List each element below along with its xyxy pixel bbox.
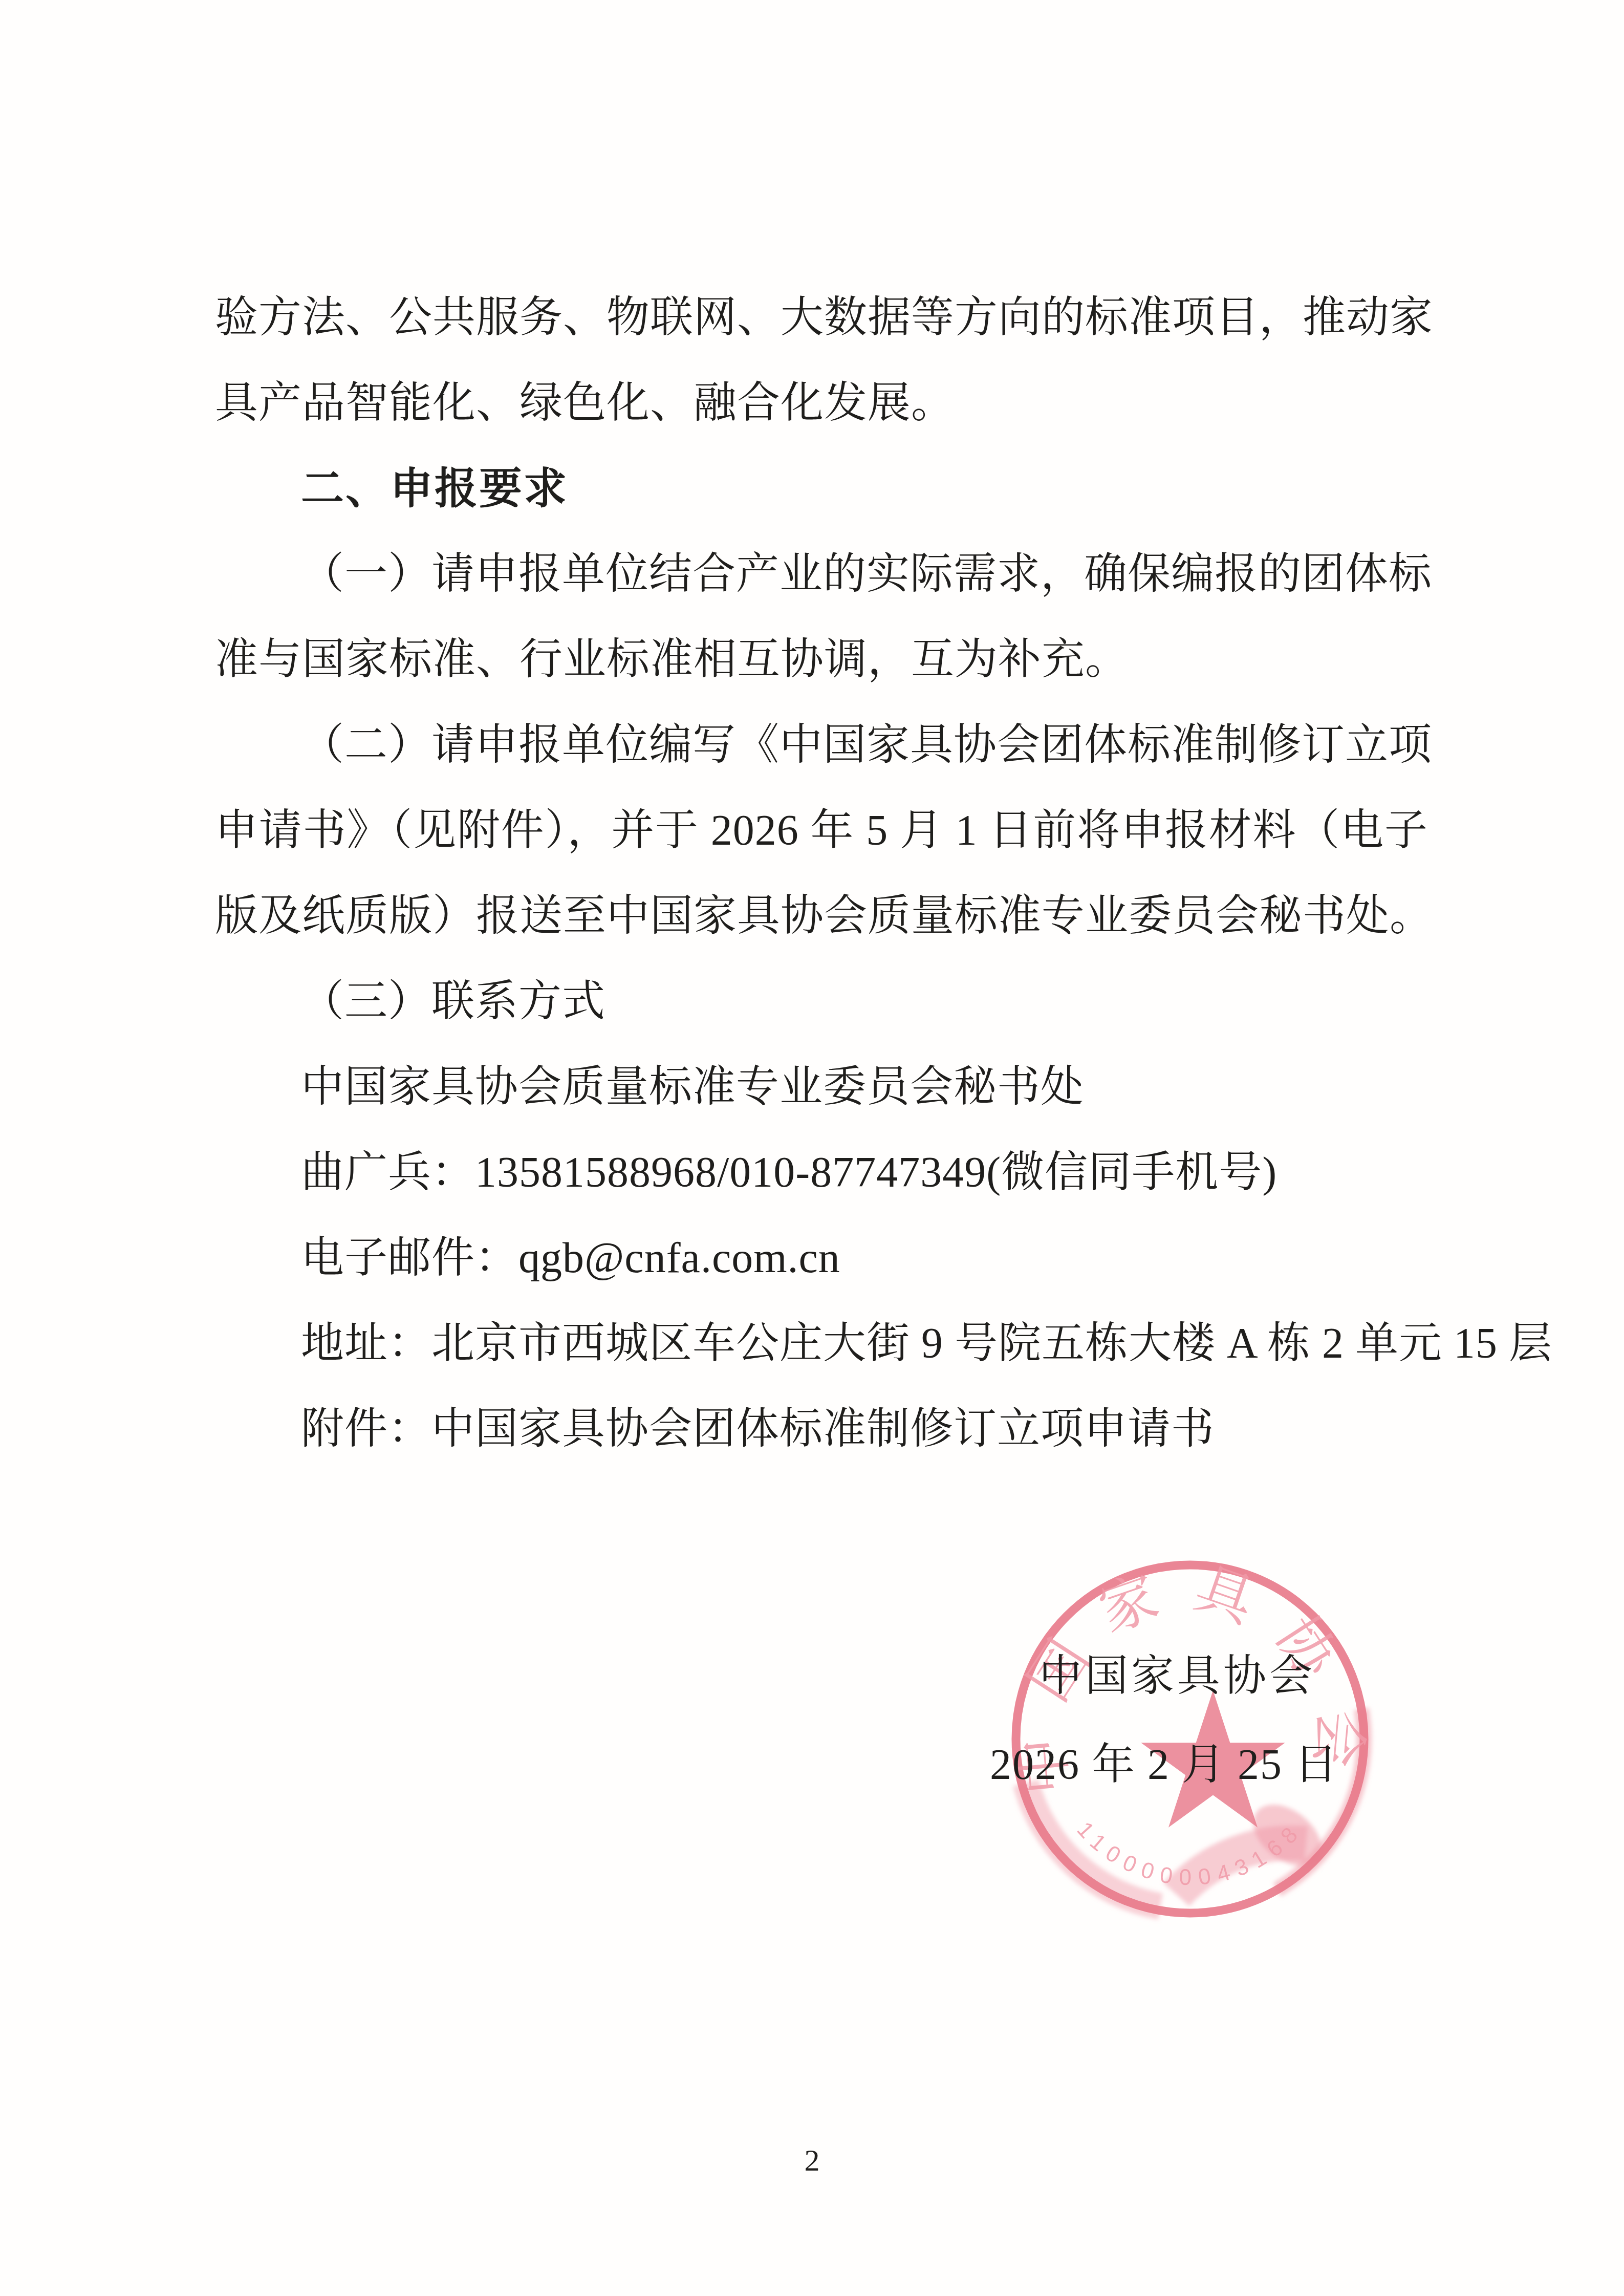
text-line: （一）请申报单位结合产业的实际需求，确保编报的团体标 [215,531,1428,617]
document-body: 验方法、公共服务、物联网、大数据等方向的标准项目，推动家 具产品智能化、绿色化、… [215,275,1428,1472]
contact-address-line: 地址：北京市西城区车公庄大街 9 号院五栋大楼 A 栋 2 单元 15 层 [215,1301,1428,1386]
contact-phone-line: 曲广兵：13581588968/010-87747349(微信同手机号) [215,1130,1428,1215]
text-line: 验方法、公共服务、物联网、大数据等方向的标准项目，推动家 [215,275,1428,360]
text-line: 具产品智能化、绿色化、融合化发展。 [215,360,1428,446]
signature-date: 2026 年 2 月 25 日 [990,1744,1338,1787]
document-page: 验方法、公共服务、物联网、大数据等方向的标准项目，推动家 具产品智能化、绿色化、… [0,0,1624,2296]
text-line: 申请书》（见附件），并于 2026 年 5 月 1 日前将申报材料（电子 [215,788,1428,873]
attachment-line: 附件：中国家具协会团体标准制修订立项申请书 [215,1386,1428,1472]
text-line: 准与国家标准、行业标准相互协调，互为补充。 [215,617,1428,702]
text-line: （二）请申报单位编写《中国家具协会团体标准制修订立项 [215,702,1428,788]
text-line: 版及纸质版）报送至中国家具协会质量标准专业委员会秘书处。 [215,873,1428,959]
page-number: 2 [0,2145,1624,2176]
contact-org-line: 中国家具协会质量标准专业委员会秘书处 [215,1044,1428,1130]
contact-email-line: 电子邮件：qgb@cnfa.com.cn [215,1215,1428,1301]
subsection-heading: （三）联系方式 [215,959,1428,1044]
signature-org: 中国家具协会 [1039,1655,1315,1698]
section-heading: 二、申报要求 [215,446,1428,531]
